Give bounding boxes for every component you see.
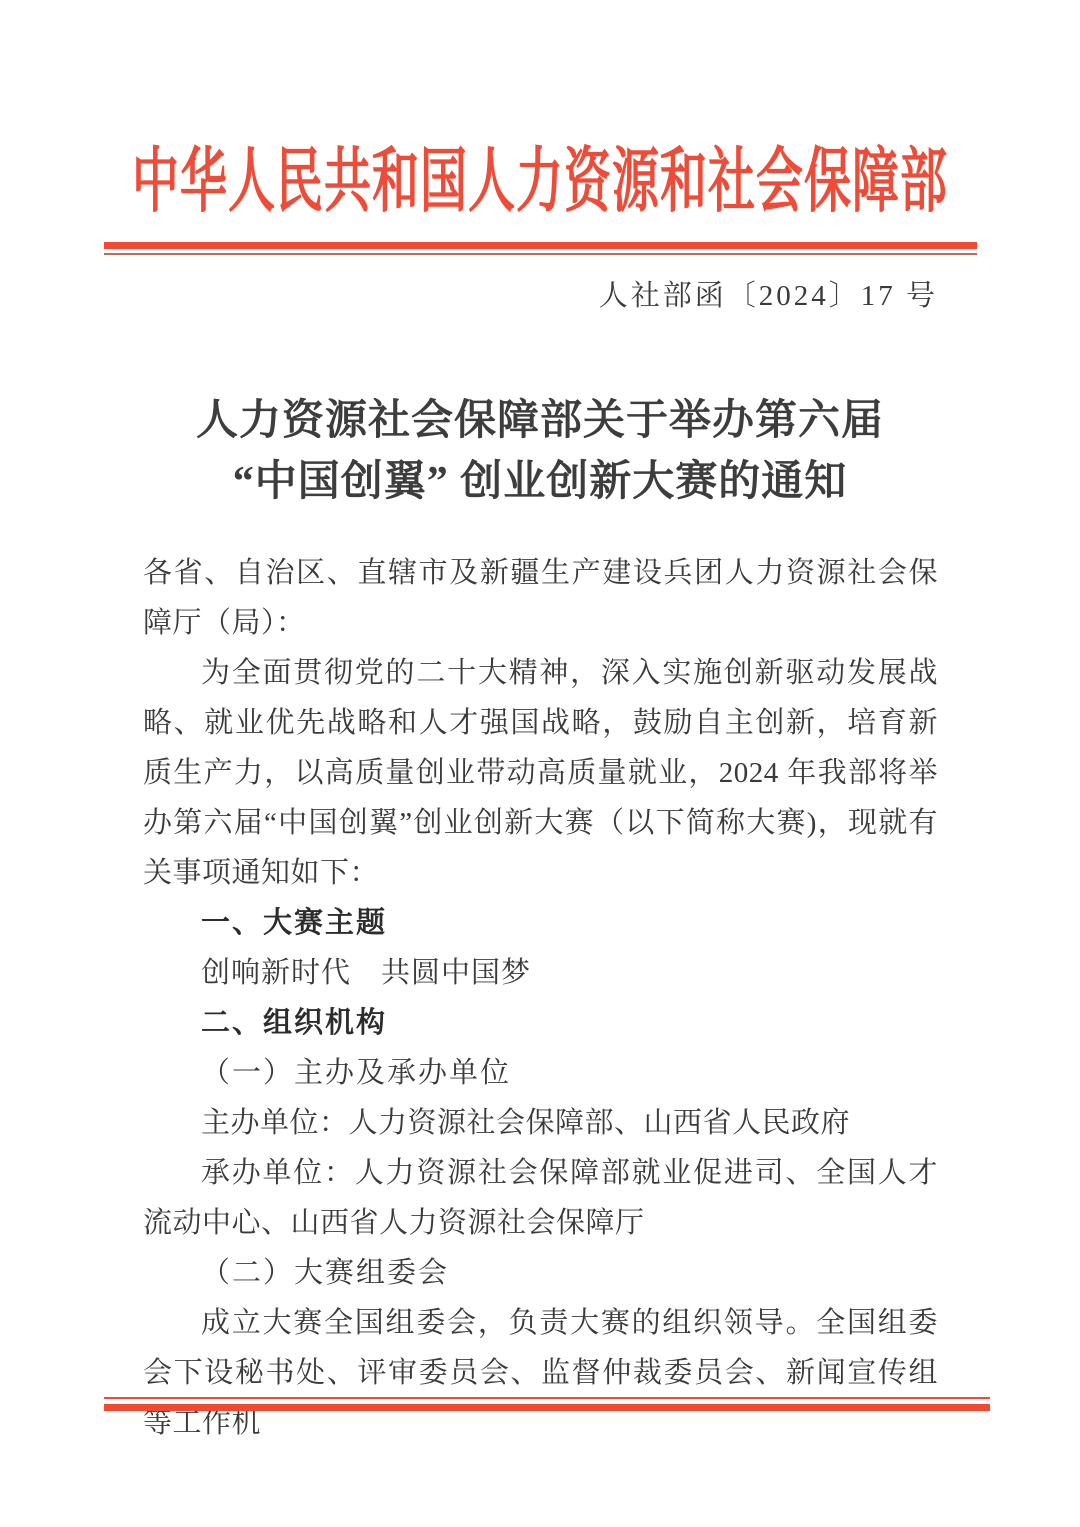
document-title-line-2: “中国创翼” 创业创新大赛的通知: [0, 452, 1080, 513]
committee-paragraph: 成立大赛全国组委会，负责大赛的组织领导。全国组委会下设秘书处、评审委员会、监督仲…: [143, 1298, 938, 1448]
document-title: 人力资源社会保障部关于举办第六届 “中国创翼” 创业创新大赛的通知: [0, 391, 1080, 513]
document-number: 人社部函〔2024〕17 号: [143, 278, 938, 314]
competition-theme: 创响新时代 共圆中国梦: [143, 948, 938, 998]
section-2-heading: 二、组织机构: [143, 998, 938, 1048]
intro-paragraph: 为全面贯彻党的二十大精神，深入实施创新驱动发展战略、就业优先战略和人才强国战略，…: [143, 648, 938, 898]
host-units-line: 主办单位：人力资源社会保障部、山西省人民政府: [143, 1098, 938, 1148]
subsection-2-1-heading: （一）主办及承办单位: [143, 1048, 938, 1098]
document-page: 中华人民共和国人力资源和社会保障部 人社部函〔2024〕17 号 人力资源社会保…: [0, 0, 1080, 1527]
header-rule-thin: [104, 253, 977, 255]
subsection-2-2-heading: （二）大赛组委会: [143, 1248, 938, 1298]
footer-rule-thick: [104, 1404, 990, 1411]
organizer-units-line: 承办单位：人力资源社会保障部就业促进司、全国人才流动中心、山西省人力资源社会保障…: [143, 1148, 938, 1248]
section-1-heading: 一、大赛主题: [143, 898, 938, 948]
footer-rule-thin: [104, 1397, 990, 1399]
document-body: 各省、自治区、直辖市及新疆生产建设兵团人力资源社会保障厅（局）：为全面贯彻党的二…: [143, 548, 938, 1448]
ministry-letterhead: 中华人民共和国人力资源和社会保障部: [0, 148, 1080, 219]
document-title-line-1: 人力资源社会保障部关于举办第六届: [0, 391, 1080, 452]
salutation: 各省、自治区、直辖市及新疆生产建设兵团人力资源社会保障厅（局）：: [143, 548, 938, 648]
header-rule-thick: [104, 242, 977, 249]
